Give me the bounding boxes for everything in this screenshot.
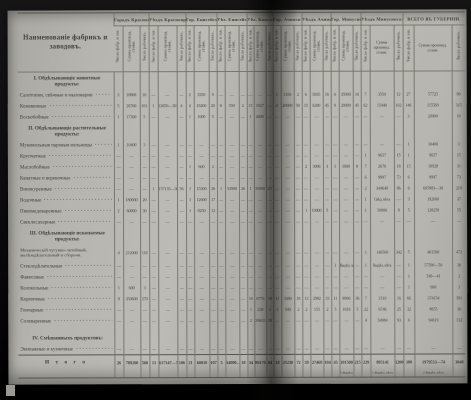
data-cell: 9997 bbox=[414, 171, 452, 182]
empty-cell bbox=[140, 72, 149, 90]
data-cell: — bbox=[254, 343, 266, 355]
data-cell: — bbox=[370, 139, 394, 150]
data-cell: — bbox=[273, 271, 281, 282]
data-cell: — bbox=[217, 304, 225, 315]
book-page: Наименованіе фабрикъ и заводовъ.Городъ К… bbox=[8, 9, 468, 384]
data-cell: 4 bbox=[361, 315, 370, 326]
empty-cell bbox=[281, 326, 294, 343]
row-label-text: Винокуренные bbox=[20, 187, 52, 192]
data-cell: — bbox=[254, 260, 266, 271]
data-cell: — bbox=[239, 293, 247, 304]
empty-cell bbox=[209, 326, 217, 343]
data-cell: — bbox=[310, 244, 323, 260]
empty-cell bbox=[403, 122, 414, 139]
totals-note-cell bbox=[354, 369, 362, 378]
data-cell: 1 bbox=[361, 205, 370, 216]
column-subheader: Число фабр. и зав. bbox=[114, 26, 123, 72]
column-group-header: Уѣздъ Минусинскій. bbox=[361, 12, 403, 25]
total-cell: 104 bbox=[323, 354, 331, 369]
data-cell: — bbox=[177, 161, 186, 172]
data-cell: — bbox=[217, 315, 225, 326]
row-label-text: Воскобойные bbox=[20, 115, 49, 120]
dotted-leader bbox=[53, 318, 112, 322]
data-cell: — bbox=[225, 244, 239, 260]
data-cell: — bbox=[310, 183, 323, 194]
row-label: Стеклодѣлательные bbox=[18, 260, 114, 271]
data-cell: 4 bbox=[114, 244, 123, 260]
column-group-header: Гор. Ачинскъ. bbox=[273, 12, 302, 25]
data-cell: 600 bbox=[414, 281, 452, 292]
data-cell: 31 bbox=[452, 160, 465, 171]
total-cell: 45 bbox=[332, 354, 340, 369]
data-cell: — bbox=[331, 111, 339, 122]
empty-cell bbox=[414, 226, 452, 243]
data-cell: — bbox=[209, 271, 217, 282]
totals-note-cell: 2 Выдѣл. нѣтъ bbox=[415, 368, 453, 377]
data-cell: — bbox=[123, 216, 140, 227]
data-cell: — bbox=[294, 244, 302, 260]
data-cell: 93 bbox=[394, 315, 403, 326]
data-cell: 36 bbox=[452, 259, 465, 270]
empty-cell bbox=[414, 325, 452, 342]
data-cell: — bbox=[209, 172, 217, 183]
data-cell: — bbox=[123, 172, 140, 183]
data-cell: 1 bbox=[217, 183, 225, 194]
data-cell: 1 bbox=[186, 111, 194, 122]
data-cell: — bbox=[266, 161, 273, 172]
empty-cell bbox=[247, 326, 254, 343]
totals-note-cell: 5 Выдѣл. bbox=[340, 369, 354, 378]
data-cell: — bbox=[149, 111, 158, 122]
data-cell: — bbox=[353, 315, 361, 326]
empty-cell bbox=[254, 326, 266, 343]
empty-cell bbox=[254, 122, 266, 139]
data-cell: 6 bbox=[403, 172, 414, 183]
section-title: IV. Смѣшанныхъ продуктовъ: bbox=[18, 326, 114, 343]
data-cell: 1 bbox=[247, 183, 254, 194]
column-subheader: Число фабр. и зав. bbox=[273, 25, 281, 71]
data-cell: — bbox=[331, 271, 339, 282]
empty-cell bbox=[394, 326, 403, 343]
data-cell: 11 bbox=[331, 293, 339, 304]
data-cell: — bbox=[209, 150, 217, 161]
data-cell: — bbox=[247, 271, 254, 282]
table-row: Механическій чугунно-литейный, желѣзодѣл… bbox=[18, 243, 465, 260]
data-cell: 4 bbox=[186, 100, 194, 111]
data-cell: — bbox=[247, 139, 254, 150]
empty-cell bbox=[254, 227, 266, 244]
data-cell: 10928 bbox=[414, 160, 452, 171]
data-cell: — bbox=[266, 194, 273, 205]
data-cell: 6 bbox=[403, 183, 414, 194]
total-cell: 34000—29 bbox=[225, 354, 239, 369]
data-cell: — bbox=[177, 150, 186, 161]
row-label: Воскобойные bbox=[18, 111, 114, 122]
data-cell: — bbox=[266, 172, 273, 183]
dotted-leader bbox=[46, 274, 112, 278]
data-cell: — bbox=[247, 150, 254, 161]
data-cell: — bbox=[186, 172, 194, 183]
empty-cell bbox=[177, 227, 186, 244]
data-cell: — bbox=[331, 183, 339, 194]
data-cell: — bbox=[140, 216, 149, 227]
data-cell: — bbox=[217, 260, 225, 271]
data-cell: — bbox=[414, 342, 452, 354]
data-cell: — bbox=[225, 89, 239, 100]
data-cell: — bbox=[225, 315, 239, 326]
data-cell: — bbox=[177, 216, 186, 227]
data-cell: — bbox=[273, 282, 281, 293]
column-subheader-label: Число фабр. и зав. bbox=[188, 29, 192, 62]
data-cell: 13 bbox=[302, 293, 310, 304]
data-cell: 3 bbox=[114, 89, 123, 100]
data-cell: — bbox=[225, 139, 239, 150]
data-cell: 1 bbox=[403, 260, 414, 271]
data-cell: — bbox=[353, 260, 361, 271]
data-cell: 18 bbox=[394, 161, 403, 172]
data-cell: — bbox=[158, 150, 177, 161]
data-cell: 3 bbox=[403, 194, 414, 205]
data-cell: — bbox=[254, 172, 266, 183]
data-cell: 10400 bbox=[414, 138, 452, 149]
column-subheader: Число рабочихъ. bbox=[294, 25, 302, 71]
empty-cell bbox=[273, 71, 281, 89]
data-cell: — bbox=[394, 111, 403, 122]
data-cell: — bbox=[140, 183, 149, 194]
empty-cell bbox=[281, 227, 294, 244]
data-cell: — bbox=[194, 271, 209, 282]
data-cell: 212000 bbox=[123, 244, 140, 260]
totals-note-row: 5 Выдѣл.1 Выдѣл. нѣтъ2 Выдѣл. нѣтъ bbox=[18, 368, 465, 378]
data-cell: — bbox=[353, 216, 361, 227]
data-cell: 54984 bbox=[370, 315, 394, 326]
data-cell: — bbox=[158, 315, 177, 326]
data-cell: — bbox=[149, 216, 158, 227]
empty-cell bbox=[239, 326, 247, 343]
empty-cell bbox=[149, 72, 158, 90]
data-cell: 102 bbox=[394, 100, 403, 111]
empty-cell bbox=[194, 72, 209, 90]
column-group-header: ВСЕГО ВЪ ГУБЕРНІИ. bbox=[403, 12, 465, 25]
data-cell: 374154 bbox=[414, 292, 452, 303]
data-cell: 1 bbox=[302, 205, 310, 216]
dotted-leader bbox=[64, 263, 111, 267]
dotted-leader bbox=[48, 153, 112, 157]
empty-cell bbox=[310, 122, 323, 139]
empty-cell bbox=[247, 71, 254, 89]
data-cell: — bbox=[323, 111, 331, 122]
data-cell: — bbox=[273, 172, 281, 183]
data-cell: 5035 bbox=[310, 89, 323, 100]
data-cell: — bbox=[217, 244, 225, 260]
data-cell: — bbox=[294, 139, 302, 150]
dotted-leader bbox=[47, 296, 112, 300]
empty-cell bbox=[239, 71, 247, 89]
data-cell: — bbox=[225, 111, 239, 122]
column-subheader-label: Число рабочихъ. bbox=[396, 31, 400, 61]
data-cell: 8906 bbox=[339, 293, 353, 304]
data-cell: — bbox=[114, 183, 123, 194]
data-cell: — bbox=[239, 150, 247, 161]
data-cell: 25 bbox=[266, 183, 273, 194]
data-cell: — bbox=[140, 304, 149, 315]
data-cell: — bbox=[339, 111, 353, 122]
data-cell: — bbox=[186, 293, 194, 304]
factory-statistics-table: Наименованіе фабрикъ и заводовъ.Городъ К… bbox=[18, 11, 466, 378]
data-cell: 6 bbox=[361, 172, 370, 183]
empty-cell bbox=[149, 227, 158, 244]
data-cell: 39635 bbox=[254, 315, 266, 326]
totals-note-cell bbox=[453, 368, 466, 377]
data-cell: — bbox=[353, 244, 361, 260]
data-cell: 5 bbox=[403, 205, 414, 216]
data-cell: — bbox=[353, 139, 361, 150]
data-cell: 32 bbox=[403, 304, 414, 315]
row-label-text: Гончарные bbox=[20, 308, 43, 313]
data-cell: 1350 bbox=[281, 89, 294, 100]
data-cell: 2 bbox=[302, 161, 310, 172]
data-cell: — bbox=[149, 271, 158, 282]
column-subheader-label: Сумма производ. стоим. bbox=[127, 26, 135, 66]
data-cell: 35000 bbox=[339, 89, 353, 100]
data-cell: 1 bbox=[403, 282, 414, 293]
column-subheader-label: Сумма производ. стоим. bbox=[163, 26, 171, 66]
data-cell: — bbox=[177, 139, 186, 150]
column-subheader-label: Сумма производ. стоим. bbox=[256, 26, 264, 66]
data-cell: — bbox=[217, 293, 225, 304]
empty-cell bbox=[361, 227, 370, 244]
empty-cell bbox=[158, 326, 177, 343]
data-cell: — bbox=[194, 150, 209, 161]
data-cell: 18 bbox=[294, 293, 302, 304]
data-cell: — bbox=[247, 194, 254, 205]
data-cell: — bbox=[323, 343, 331, 355]
data-cell: — bbox=[217, 161, 225, 172]
row-label: Пивомедоваренные bbox=[18, 205, 114, 216]
data-cell: — bbox=[323, 271, 331, 282]
data-cell: 3 bbox=[452, 138, 465, 149]
row-label-text: Механическій чугунно-литейный, желѣзодѣл… bbox=[20, 247, 110, 257]
data-cell: — bbox=[302, 244, 310, 260]
empty-cell bbox=[294, 326, 302, 343]
empty-cell bbox=[452, 226, 465, 243]
row-label-text: Водочные bbox=[20, 198, 41, 203]
empty-cell bbox=[225, 227, 239, 244]
totals-note-cell bbox=[281, 369, 294, 378]
data-cell: — bbox=[158, 161, 177, 172]
row-label-text: Стеклодѣлательные bbox=[20, 264, 62, 269]
column-subheader: Число рабочихъ. bbox=[353, 25, 361, 71]
data-cell: — bbox=[353, 111, 361, 122]
data-cell: — bbox=[194, 315, 209, 326]
data-cell: — bbox=[247, 244, 254, 260]
data-cell: — bbox=[186, 282, 194, 293]
data-cell: 20000 bbox=[281, 100, 294, 111]
row-label: Винокуренные bbox=[18, 183, 114, 194]
totals-note-cell bbox=[294, 369, 302, 378]
empty-cell bbox=[361, 71, 370, 89]
empty-cell bbox=[149, 122, 158, 139]
data-cell: — bbox=[177, 194, 186, 205]
column-subheader: Сумма производ. стоим. bbox=[370, 25, 394, 71]
data-cell: — bbox=[194, 172, 209, 183]
data-cell: — bbox=[140, 172, 149, 183]
data-cell: 60000 bbox=[123, 205, 140, 216]
data-cell: 20 bbox=[140, 194, 149, 205]
data-cell: — bbox=[353, 150, 361, 161]
data-cell: — bbox=[353, 343, 361, 355]
data-cell: — bbox=[266, 343, 273, 355]
data-cell: — bbox=[149, 282, 158, 293]
totals-note-cell bbox=[217, 369, 225, 378]
data-cell: — bbox=[403, 216, 414, 227]
data-cell: — bbox=[310, 150, 323, 161]
data-cell: 10 bbox=[140, 89, 149, 100]
data-cell: — bbox=[370, 216, 394, 227]
data-cell: 1 bbox=[273, 89, 281, 100]
data-cell: 1000 bbox=[194, 111, 209, 122]
data-cell: — bbox=[331, 139, 339, 150]
data-cell: 270 bbox=[140, 293, 149, 304]
data-cell: — bbox=[225, 194, 239, 205]
empty-cell bbox=[331, 122, 339, 139]
data-cell: — bbox=[323, 150, 331, 161]
data-cell: — bbox=[294, 161, 302, 172]
data-cell: 115560 bbox=[414, 99, 452, 110]
data-cell: 8 bbox=[394, 205, 403, 216]
data-cell: 86 bbox=[394, 183, 403, 194]
data-cell: 315 bbox=[452, 99, 465, 110]
data-cell: 1 bbox=[186, 194, 194, 205]
data-cell: — bbox=[123, 260, 140, 271]
data-cell: 27 bbox=[403, 89, 414, 100]
data-cell: 8655 bbox=[414, 303, 452, 314]
data-cell: 2 bbox=[266, 304, 273, 315]
data-cell: — bbox=[302, 282, 310, 293]
empty-cell bbox=[123, 227, 140, 244]
empty-cell bbox=[209, 227, 217, 244]
data-cell: 2 bbox=[209, 161, 217, 172]
dotted-leader bbox=[51, 114, 112, 118]
data-cell: — bbox=[123, 315, 140, 326]
data-cell: — bbox=[186, 271, 194, 282]
data-cell: 9657 bbox=[370, 150, 394, 161]
totals-note-cell bbox=[123, 369, 140, 378]
data-cell: — bbox=[302, 139, 310, 150]
empty-cell bbox=[225, 122, 239, 139]
row-label-column-header: Наименованіе фабрикъ и заводовъ. bbox=[18, 13, 114, 72]
data-cell: — bbox=[149, 161, 158, 172]
data-cell: — bbox=[217, 172, 225, 183]
data-cell: — bbox=[266, 216, 273, 227]
data-cell: Свѣд. нѣтъ bbox=[370, 194, 394, 205]
totals-note-cell bbox=[177, 369, 186, 378]
data-cell: — bbox=[186, 304, 194, 315]
data-cell: 57590—50 bbox=[414, 259, 452, 270]
data-cell: — bbox=[361, 271, 370, 282]
totals-note-cell bbox=[311, 369, 324, 378]
data-cell: — bbox=[114, 260, 123, 271]
data-cell: — bbox=[217, 111, 225, 122]
row-label-text: Фаянсовые bbox=[20, 275, 44, 280]
data-cell: 1 bbox=[114, 282, 123, 293]
total-cell: 26 bbox=[114, 355, 123, 370]
data-cell: 7 bbox=[361, 89, 370, 100]
data-cell: 53900 bbox=[225, 183, 239, 194]
empty-cell bbox=[403, 227, 414, 244]
row-label-text: Крупчатные bbox=[20, 154, 46, 159]
data-cell: — bbox=[273, 111, 281, 122]
data-cell: 101 bbox=[140, 100, 149, 111]
column-subheader: Число рабочихъ. bbox=[452, 25, 465, 71]
data-cell: — bbox=[331, 244, 339, 260]
data-cell: 6 bbox=[302, 89, 310, 100]
data-cell: 1927 bbox=[254, 100, 266, 111]
empty-cell bbox=[186, 326, 194, 343]
data-cell: 16 bbox=[394, 293, 403, 304]
data-cell: Выдѣл. нѣтъ bbox=[370, 260, 394, 271]
data-cell: — bbox=[217, 216, 225, 227]
total-cell: 72 bbox=[294, 354, 302, 369]
data-cell: — bbox=[294, 150, 302, 161]
data-cell: — bbox=[254, 205, 266, 216]
data-cell: — bbox=[266, 244, 273, 260]
data-cell: — bbox=[149, 315, 158, 326]
totals-note-cell bbox=[395, 369, 404, 378]
data-cell: — bbox=[339, 139, 353, 150]
data-cell: — bbox=[239, 282, 247, 293]
column-subheader-label: Сумма производ. стоим. bbox=[312, 26, 320, 66]
data-cell: — bbox=[225, 216, 239, 227]
data-cell: — bbox=[177, 315, 186, 326]
empty-cell bbox=[217, 122, 225, 139]
empty-cell bbox=[339, 227, 353, 244]
column-subheader: Число фабр. и зав. bbox=[149, 26, 158, 72]
data-cell: — bbox=[394, 343, 403, 355]
data-cell: 342 bbox=[394, 244, 403, 260]
data-cell: — bbox=[158, 172, 177, 183]
empty-cell bbox=[302, 71, 310, 89]
data-cell: — bbox=[158, 216, 177, 227]
data-cell: — bbox=[158, 205, 177, 216]
column-subheader: Сумма производ. стоим. bbox=[194, 26, 209, 72]
row-label: Колокольные bbox=[18, 282, 114, 293]
empty-cell bbox=[414, 71, 452, 89]
empty-cell bbox=[273, 227, 281, 244]
empty-cell bbox=[281, 71, 294, 89]
empty-cell bbox=[149, 326, 158, 343]
data-cell: — bbox=[452, 215, 465, 226]
total-cell: 25230 bbox=[281, 354, 294, 369]
data-cell: — bbox=[239, 260, 247, 271]
data-cell: — bbox=[323, 139, 331, 150]
data-cell: — bbox=[273, 183, 281, 194]
data-cell: — bbox=[310, 260, 323, 271]
empty-cell bbox=[247, 227, 254, 244]
data-cell: — bbox=[194, 343, 209, 355]
row-label: Салотопни, свѣчные и мыловарни bbox=[18, 89, 114, 100]
row-label-text: Салотопни, свѣчные и мыловарни bbox=[20, 93, 93, 98]
column-subheader: Сумма производ. стоим. bbox=[158, 26, 177, 72]
data-cell: 26700 bbox=[123, 100, 140, 111]
column-subheader: Число рабочихъ. bbox=[209, 26, 217, 72]
empty-cell bbox=[158, 122, 177, 139]
data-cell: 1510 bbox=[370, 293, 394, 304]
empty-cell bbox=[353, 122, 361, 139]
data-cell: 7 bbox=[361, 293, 370, 304]
data-cell: — bbox=[247, 343, 254, 355]
data-cell: — bbox=[353, 194, 361, 205]
